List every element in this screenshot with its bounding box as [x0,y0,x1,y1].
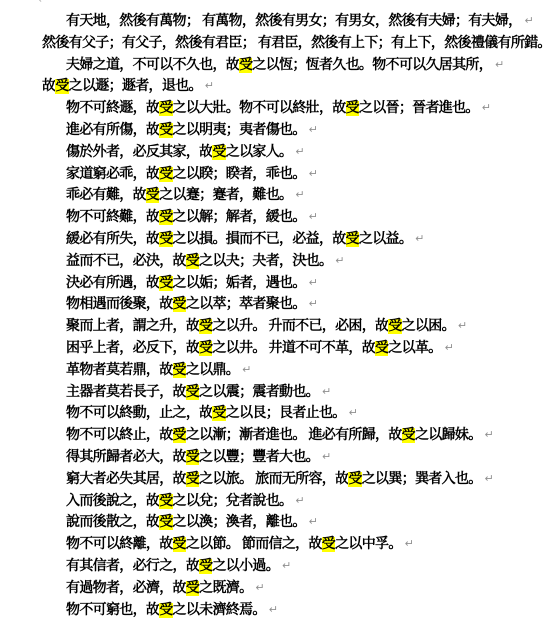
text-line: 乖必有難，故受之以蹇；蹇者，難也。↵ [42,184,554,206]
clipped-line-break-mark-icon: ↵ [38,0,47,6]
highlighted-char: 受 [159,515,172,530]
highlighted-char: 受 [346,232,359,247]
highlighted-char: 受 [159,123,172,138]
text-line: 物相遇而後聚，故受之以萃；萃者聚也。↵ [42,293,554,315]
text-line: 故受之以遯；遯者，退也。↵ [42,75,554,97]
highlighted-char: 受 [186,450,199,465]
highlighted-char: 受 [159,603,172,618]
line-break-mark-icon: ↵ [205,79,214,92]
line-break-mark-icon: ↵ [282,559,291,572]
text-line: 聚而上者，謂之升，故受之以升。 升而不已，必困，故受之以困。↵ [42,315,554,337]
text-line: 主器者莫若長子，故受之以震；震者動也。↵ [42,381,554,403]
line-break-mark-icon: ↵ [309,123,318,136]
highlighted-char: 受 [159,101,172,116]
highlighted-char: 受 [173,297,186,312]
highlighted-char: 受 [173,537,186,552]
text-line: 困乎上者，必反下，故受之以井。 井道不可不革，故受之以革。↵ [42,337,554,359]
highlighted-char: 受 [159,276,172,291]
highlighted-char: 受 [159,167,172,182]
line-break-mark-icon: ↵ [485,428,494,441]
text-line: 有天地，然後有萬物； 有萬物，然後有男女；有男女，然後有夫婦；有夫婦，↵ [42,10,554,32]
text-line: 得其所歸者必大，故受之以豐；豐者大也。↵ [42,446,554,468]
text-line: 物不可以終離，故受之以節。 節而信之，故受之以中孚。↵ [42,533,554,555]
text-line: 進必有所傷，故受之以明夷；夷者傷也。↵ [42,119,554,141]
highlighted-char: 受 [186,581,199,596]
line-break-mark-icon: ↵ [242,363,251,376]
line-break-mark-icon: ↵ [309,276,318,289]
highlighted-char: 受 [186,385,199,400]
highlighted-char: 受 [199,559,212,574]
line-break-mark-icon: ↵ [309,167,318,180]
text-line: 緩必有所失，故受之以損。損而不已，必益，故受之以益。↵ [42,228,554,250]
line-break-mark-icon: ↵ [309,210,318,223]
line-break-mark-icon: ↵ [482,101,491,114]
highlighted-char: 受 [146,188,159,203]
line-break-mark-icon: ↵ [415,232,424,245]
highlighted-char: 受 [159,494,172,509]
line-break-mark-icon: ↵ [295,494,304,507]
highlighted-char: 受 [173,363,186,378]
text-line: 夫婦之道，不可以不久也，故受之以恆；恆者久也。物不可以久居其所，↵ [42,54,554,76]
highlighted-char: 受 [159,210,172,225]
highlighted-char: 受 [186,472,199,487]
text-line: 說而後散之，故受之以渙；渙者，離也。↵ [42,511,554,533]
highlighted-char: 受 [186,254,199,269]
line-break-mark-icon: ↵ [322,450,331,463]
text-line: 入而後說之，故受之以兌；兌者說也。↵ [42,490,554,512]
line-break-mark-icon: ↵ [458,319,467,332]
highlighted-char: 受 [375,341,388,356]
line-break-mark-icon: ↵ [349,406,358,419]
text-line: 物不可終難，故受之以解；解者，緩也。↵ [42,206,554,228]
text-line: 然後有父子；有父子，然後有君臣； 有君臣，然後有上下；有上下，然後禮儀有所錯。↵ [42,32,554,54]
line-break-mark-icon: ↵ [335,254,344,267]
line-break-mark-icon: ↵ [309,515,318,528]
highlighted-char: 受 [388,319,401,334]
line-break-mark-icon: ↵ [524,14,533,27]
highlighted-char: 受 [322,537,335,552]
text-line: 益而不已，必決，故受之以夬；夬者，決也。↵ [42,250,554,272]
line-break-mark-icon: ↵ [295,188,304,201]
highlighted-char: 受 [348,472,361,487]
text-line: 物不可窮也，故受之以未濟終焉。↵ [42,599,554,621]
line-break-mark-icon: ↵ [405,537,414,550]
highlighted-char: 受 [212,145,225,160]
highlighted-char: 受 [402,428,415,443]
text-line: 物不可以終動，止之，故受之以艮；艮者止也。↵ [42,402,554,424]
highlighted-char: 受 [199,341,212,356]
line-break-mark-icon: ↵ [309,297,318,310]
highlighted-char: 受 [212,406,225,421]
text-line: 有其信者，必行之，故受之以小過。↵ [42,555,554,577]
text-line: 物不可終遯，故受之以大壯。物不可以終壯，故受之以晉；晉者進也。↵ [42,97,554,119]
text-line: 窮大者必失其居，故受之以旅。 旅而无所容，故受之以巽；巽者入也。↵ [42,468,554,490]
highlighted-char: 受 [239,58,252,73]
highlighted-char: 受 [55,79,68,94]
line-break-mark-icon: ↵ [495,58,504,71]
text-line: 物不可以終止，故受之以漸；漸者進也。 進必有所歸，故受之以歸妹。↵ [42,424,554,446]
text-line: 決必有所遇，故受之以姤；姤者，遇也。↵ [42,272,554,294]
text-line: 有過物者，必濟，故受之既濟。↵ [42,577,554,599]
line-break-mark-icon: ↵ [445,341,454,354]
text-line: 傷於外者，必反其家，故受之以家人。↵ [42,141,554,163]
highlighted-char: 受 [346,101,359,116]
line-break-mark-icon: ↵ [485,472,494,485]
highlighted-char: 受 [159,232,172,247]
line-break-mark-icon: ↵ [322,385,331,398]
line-break-mark-icon: ↵ [295,145,304,158]
document-page: ↵ 有天地，然後有萬物； 有萬物，然後有男女；有男女，然後有夫婦；有夫婦，↵然後… [0,0,554,621]
text-line: 革物者莫若鼎，故受之以鼎。↵ [42,359,554,381]
line-break-mark-icon: ↵ [269,603,278,616]
highlighted-char: 受 [173,428,186,443]
document-body: 有天地，然後有萬物； 有萬物，然後有男女；有男女，然後有夫婦；有夫婦，↵然後有父… [42,10,554,620]
text-line: 家道窮必乖，故受之以睽；睽者，乖也。↵ [42,163,554,185]
highlighted-char: 受 [199,319,212,334]
line-break-mark-icon: ↵ [255,581,264,594]
